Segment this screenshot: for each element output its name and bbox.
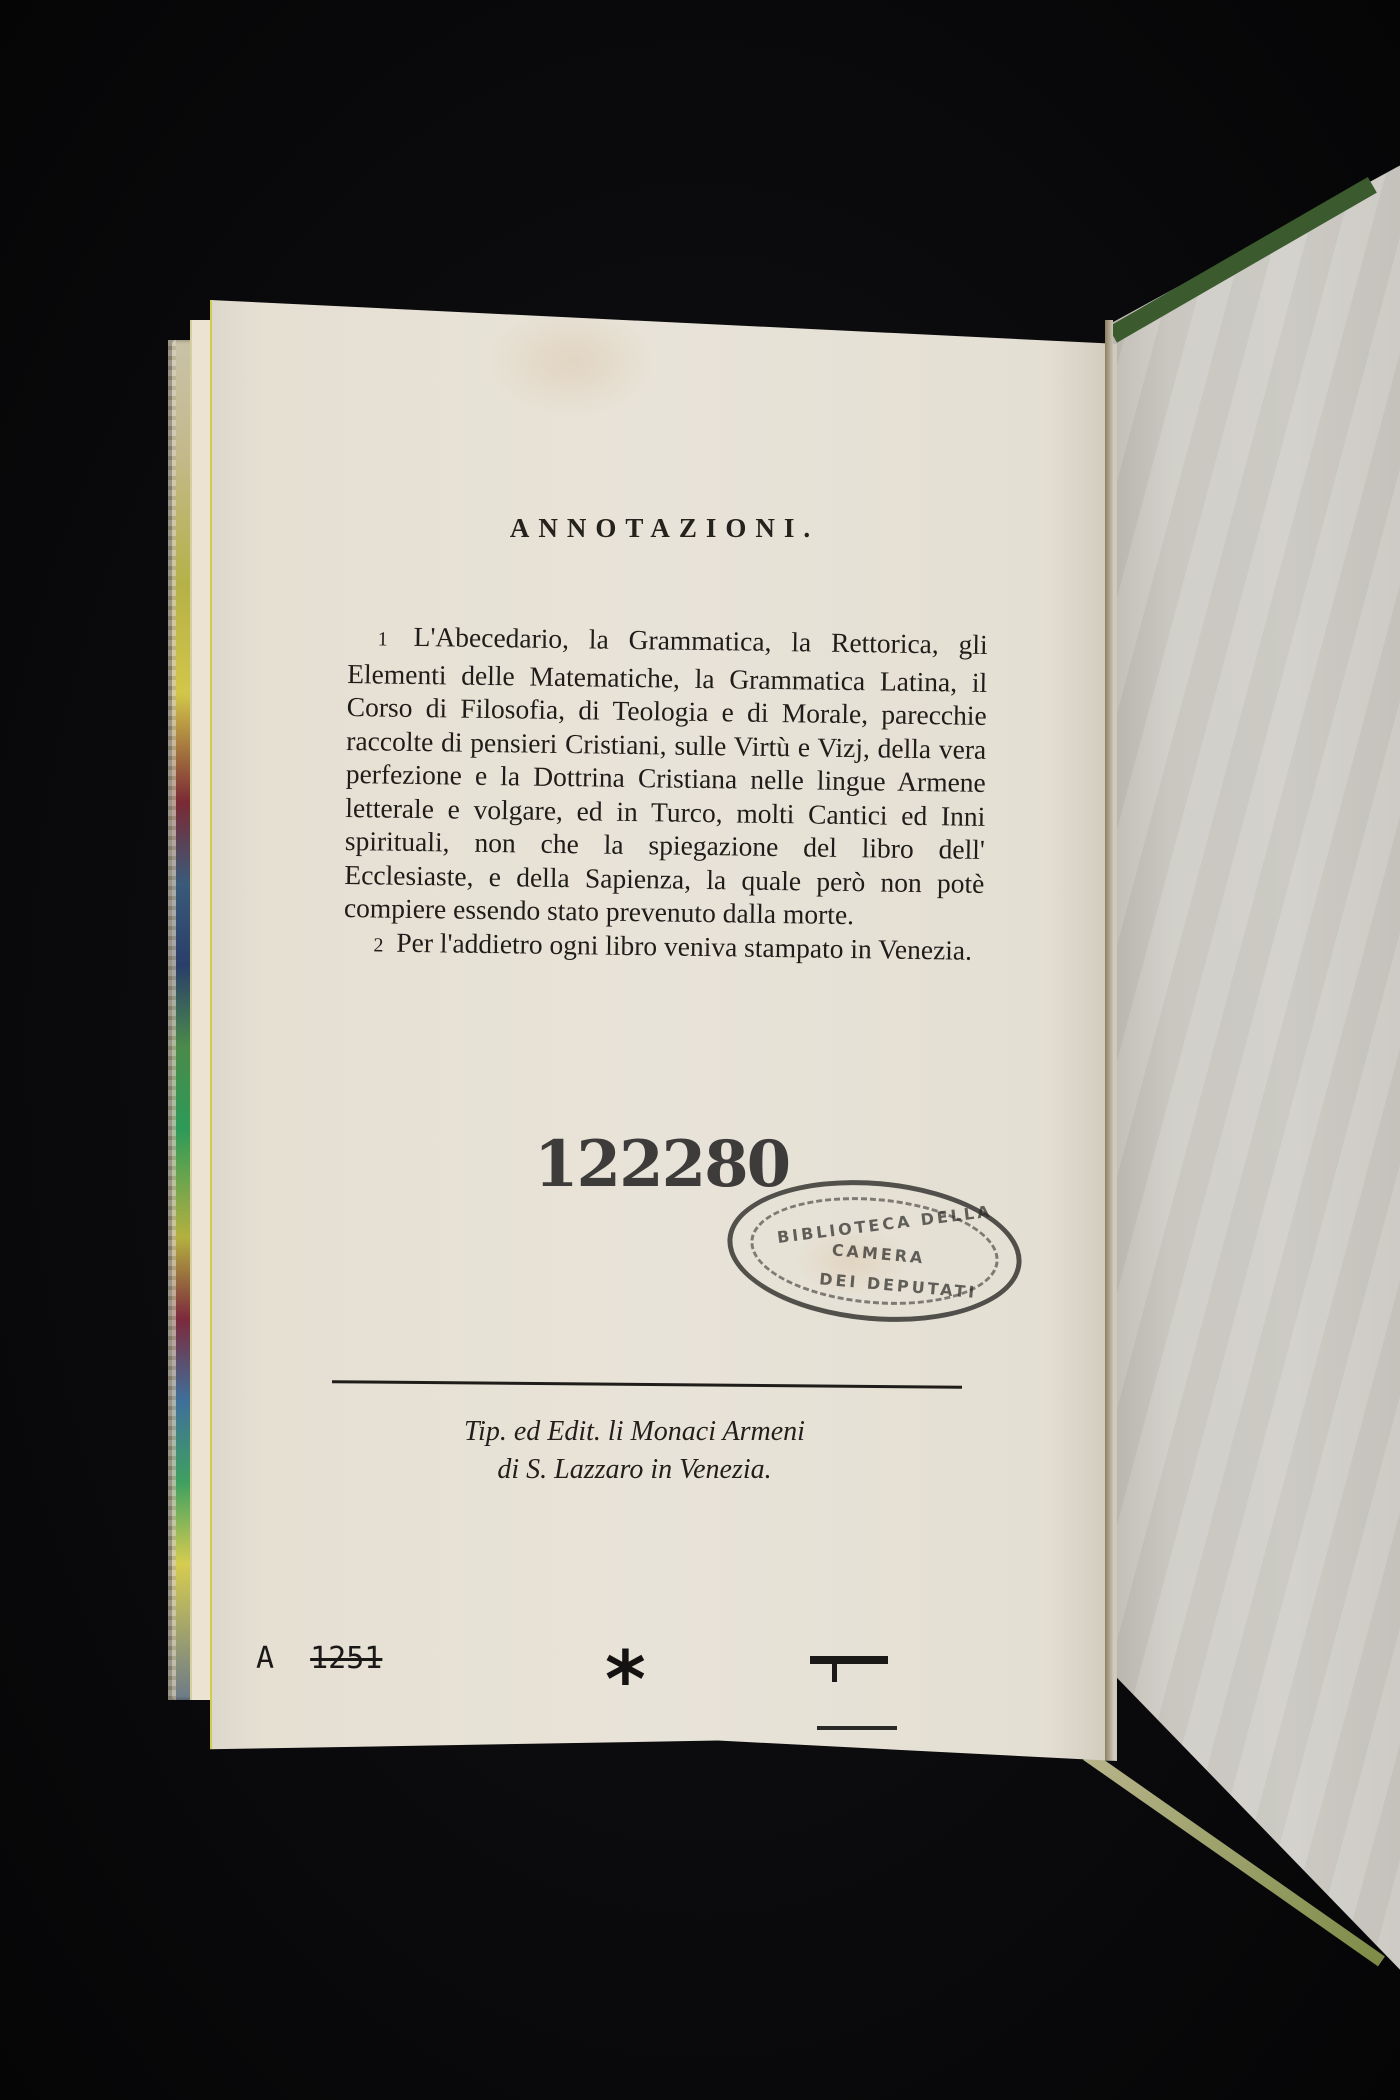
accession-number: 122280 [534, 1127, 789, 1202]
shelf-mark: A 1251 [256, 1641, 382, 1676]
shelf-mark-struck-number: 1251 [310, 1641, 382, 1676]
note-number: 1 [378, 628, 388, 650]
note-2: 2 Per l'addietro ogni libro veniva stamp… [343, 924, 983, 970]
imprint-line-1: Tip. ed Edit. li Monaci Armeni [212, 1413, 1057, 1451]
note-number: 2 [373, 934, 383, 956]
asterisk-mark-icon: * [605, 1636, 646, 1726]
stamp-line-2: CAMERA [831, 1240, 926, 1267]
stamp-line-1: BIBLIOTECA DELLA [776, 1202, 993, 1247]
note-text: Per l'addietro ogni libro veniva stampat… [396, 926, 972, 965]
note-1: 1 L'Abecedario, la Grammatica, la Rettor… [344, 619, 988, 933]
horizontal-rule [332, 1380, 962, 1388]
imprint-line-2: di S. Lazzaro in Venezia. [212, 1451, 1057, 1489]
stamp-line-3: DEI DEPUTATI [819, 1269, 978, 1302]
page-title: ANNOTAZIONI. [212, 513, 1117, 544]
page-content: ANNOTAZIONI. 1 L'Abecedario, la Grammati… [212, 301, 1117, 1761]
ink-mark [810, 1656, 888, 1664]
note-text: L'Abecedario, la Grammatica, la Rettoric… [344, 621, 988, 930]
printed-page: ANNOTAZIONI. 1 L'Abecedario, la Grammati… [210, 300, 1117, 1761]
book-gutter [1105, 320, 1113, 1760]
right-endpaper [1110, 160, 1400, 1980]
ink-mark-bottom [817, 1726, 897, 1730]
printer-imprint: Tip. ed Edit. li Monaci Armeni di S. Laz… [212, 1413, 1117, 1489]
annotations-body: 1 L'Abecedario, la Grammatica, la Rettor… [343, 619, 988, 971]
shelf-mark-prefix: A [256, 1641, 274, 1676]
